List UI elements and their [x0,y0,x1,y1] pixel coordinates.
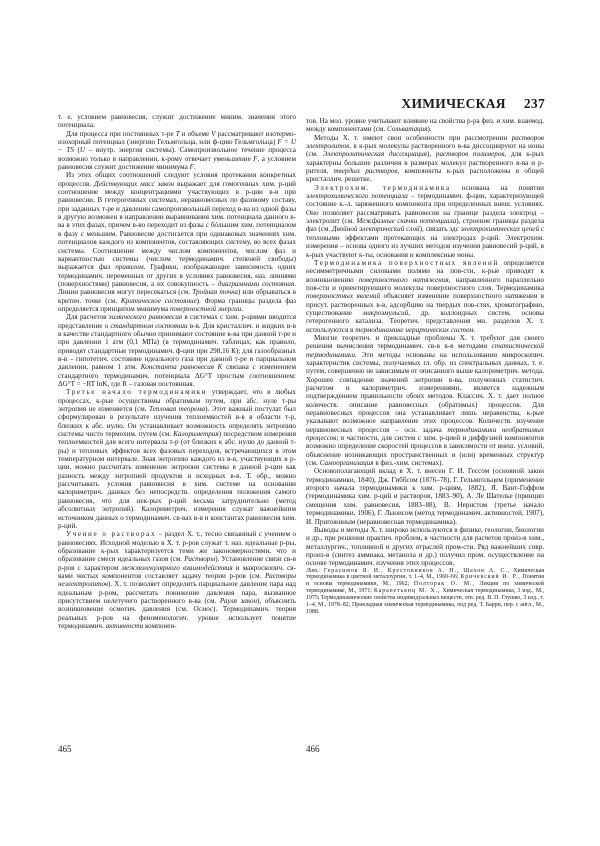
paragraph: Многие теоретич. и прикладные проблемы Х… [306,334,544,468]
cross-reference: стандартном состоянии [110,322,187,330]
cross-reference: Рауля закон [220,597,257,605]
section-heading: Учение о растворах [66,530,156,538]
paragraph: Выводы и методы Х. т. широко используютс… [306,526,544,568]
paragraph: Электрохим. термодинамика основана на по… [306,184,544,259]
cross-reference: Растворы [184,555,215,563]
cross-reference: активности [106,622,144,630]
cross-reference: поверхностного натяжения [359,276,449,284]
paragraph: Для процесса при постоянных т-ре T и объ… [58,130,296,172]
cross-reference: твердых растворов [334,167,398,175]
header-title: ХИМИЧЕСКАЯ [401,96,505,112]
section-heading: Электрохим. термодинамика [314,184,451,192]
cross-reference: фаз правилом [99,263,144,271]
cross-reference: химического равновесия [109,313,182,321]
right-column: тов. На мол. уровне учитывают влияние на… [306,117,544,616]
header-page-number: 237 [524,96,545,112]
cross-reference: Тепловая теорема [149,405,205,413]
cross-reference: Критическое состояние [121,297,197,305]
paragraph: т. е. условием равновесия, служит достиж… [58,113,296,130]
cross-reference: поверхностных явлений [306,292,380,300]
cross-reference: растворов полимеров [436,150,505,158]
encyclopedia-page: ХИМИЧЕСКАЯ 237 т. е. условием равновесия… [0,0,600,846]
paragraph: Учение о растворах – раздел Х. т., тесно… [58,530,296,630]
cross-reference: Двойной электрический слой [332,225,420,233]
bibliography-label: Лит.: [306,568,321,574]
paragraph: тов. На мол. уровне учитывают влияние на… [306,117,544,134]
paragraph: Третье начало термодинамики утверждает, … [58,388,296,530]
cross-reference: электрохимических цепей [461,225,539,233]
paragraph: Для расчетов химического равновесия в си… [58,313,296,388]
cross-reference: микроэмульсий [363,309,409,317]
cross-reference: Самоорганизация [320,459,374,467]
cross-reference: электрохимического потенциала [306,192,408,200]
cross-reference: термодинамике иерархических систем [355,326,473,334]
cross-reference: Калориметрия [173,430,218,438]
section-heading: Термодинамика поверхностных явлений [314,259,499,267]
bibliography: Лит.: Герасимов Я. И., Крестовников А. Н… [306,568,544,616]
left-column: т. е. условием равновесия, служит достиж… [58,113,296,630]
cross-reference: Тройная точка [192,288,238,296]
cross-reference: поверхностной энергии [170,305,241,313]
section-heading: Третье начало термодинамики [66,388,207,396]
page-number-left: 465 [58,744,72,754]
paragraph: Из этих общих соотношений следуют услови… [58,171,296,313]
cross-reference: Сольватация [387,125,427,133]
cross-reference: Константа равновесия K [141,363,223,371]
page-number-right: 466 [306,744,320,754]
cross-reference: межмолекулярного взаимодействия [121,564,232,572]
cross-reference: Осмос [193,605,213,613]
cross-reference: Межфазные скачки потенциала [356,217,456,225]
running-header: ХИМИЧЕСКАЯ 237 [305,96,545,112]
cross-reference: диаграммами состояния [218,280,294,288]
paragraph: Основополагающий вклад в Х. т. внесен Г.… [306,467,544,525]
cross-reference: Действующих масс закон [94,180,174,188]
paragraph: Методы Х. т. имеют свои особенности при … [306,134,544,184]
paragraph: Термодинамика поверхностных явлений опре… [306,259,544,334]
cross-reference: Электролитическая диссоциация [323,150,427,158]
